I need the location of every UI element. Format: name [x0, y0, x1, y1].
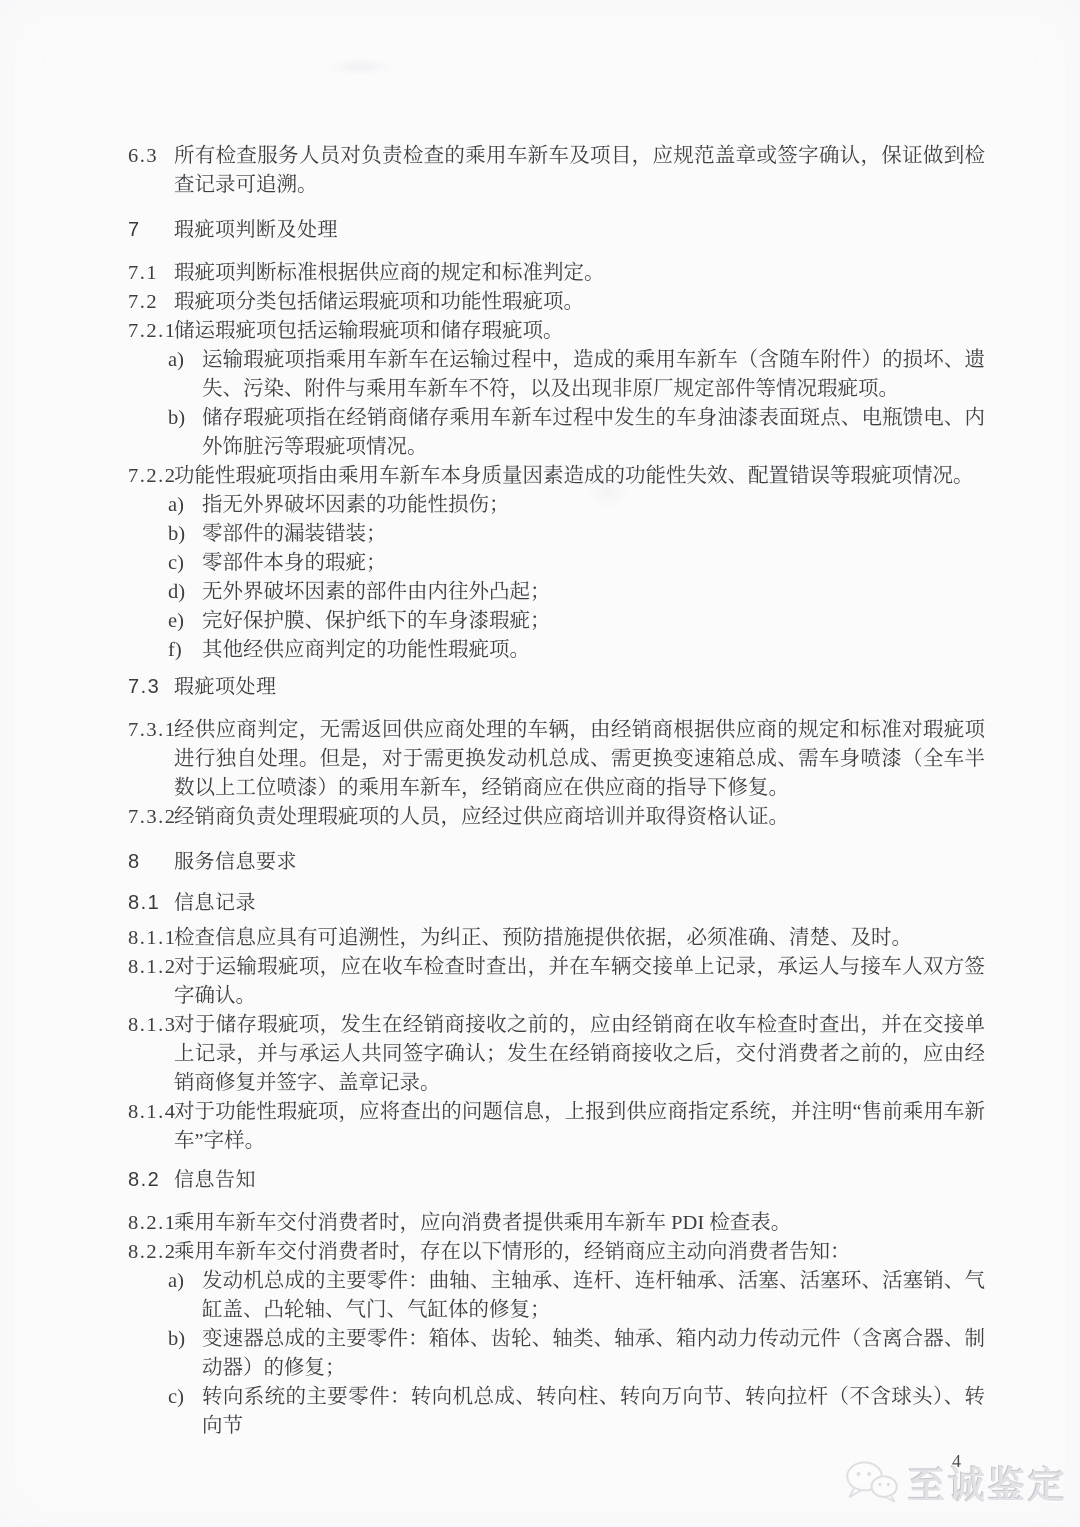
heading-number: 8.1 — [128, 889, 174, 918]
clause-text: 对于运输瑕疵项，应在收车检查时查出，并在车辆交接单上记录，承运人与接车人双方签字… — [174, 953, 985, 1011]
list-marker: a) — [168, 491, 202, 520]
clause-7-1: 7.1 瑕疵项判断标准根据供应商的规定和标准判定。 — [128, 259, 985, 288]
list-text: 其他经供应商判定的功能性瑕疵项。 — [202, 636, 985, 665]
clause-text: 经供应商判定，无需返回供应商处理的车辆，由经销商根据供应商的规定和标准对瑕疵项进… — [174, 716, 985, 803]
clause-text: 所有检查服务人员对负责检查的乘用车新车及项目，应规范盖章或签字确认，保证做到检查… — [174, 142, 985, 200]
clause-text: 功能性瑕疵项指由乘用车新车本身质量因素造成的功能性失效、配置错误等瑕疵项情况。 — [174, 462, 985, 491]
list-item-a: a) 发动机总成的主要零件：曲轴、主轴承、连杆、连杆轴承、活塞、活塞环、活塞销、… — [128, 1267, 985, 1325]
list-text: 零部件的漏装错装； — [202, 520, 985, 549]
list-text: 指无外界破坏因素的功能性损伤； — [202, 491, 985, 520]
list-marker: a) — [168, 1267, 202, 1325]
clause-7-2-1: 7.2.1 储运瑕疵项包括运输瑕疵项和储存瑕疵项。 — [128, 317, 985, 346]
clause-text: 对于功能性瑕疵项，应将查出的问题信息，上报到供应商指定系统，并注明“售前乘用车新… — [174, 1098, 985, 1156]
list-item-a: a) 指无外界破坏因素的功能性损伤； — [128, 491, 985, 520]
heading-8-1: 8.1 信息记录 — [128, 889, 985, 918]
clause-number: 7.2.2 — [128, 462, 174, 491]
clause-number: 8.1.1 — [128, 924, 174, 953]
clause-text: 检查信息应具有可追溯性，为纠正、预防措施提供依据，必须准确、清楚、及时。 — [174, 924, 985, 953]
list-text: 无外界破坏因素的部件由内往外凸起； — [202, 578, 985, 607]
heading-number: 8 — [128, 848, 174, 877]
heading-7: 7 瑕疵项判断及处理 — [128, 216, 985, 245]
list-marker: c) — [168, 549, 202, 578]
clause-8-1-3: 8.1.3 对于储存瑕疵项，发生在经销商接收之前的，应由经销商在收车检查时查出，… — [128, 1011, 985, 1098]
clause-number: 8.2.1 — [128, 1209, 174, 1238]
list-marker: f) — [168, 636, 202, 665]
list-item-b: b) 变速器总成的主要零件：箱体、齿轮、轴类、轴承、箱内动力传动元件（含离合器、… — [128, 1325, 985, 1383]
heading-number: 8.2 — [128, 1166, 174, 1195]
clause-number: 6.3 — [128, 142, 174, 200]
clause-number: 7.2.1 — [128, 317, 174, 346]
heading-7-3: 7.3 瑕疵项处理 — [128, 673, 985, 702]
clause-text: 瑕疵项判断标准根据供应商的规定和标准判定。 — [174, 259, 985, 288]
clause-number: 7.1 — [128, 259, 174, 288]
list-item-f: f) 其他经供应商判定的功能性瑕疵项。 — [128, 636, 985, 665]
heading-8-2: 8.2 信息告知 — [128, 1166, 985, 1195]
clause-8-2-1: 8.2.1 乘用车新车交付消费者时，应向消费者提供乘用车新车 PDI 检查表。 — [128, 1209, 985, 1238]
clause-number: 7.2 — [128, 288, 174, 317]
document-page: 6.3 所有检查服务人员对负责检查的乘用车新车及项目，应规范盖章或签字确认，保证… — [0, 0, 1080, 1527]
heading-text: 服务信息要求 — [174, 848, 985, 877]
list-item-a: a) 运输瑕疵项指乘用车新车在运输过程中，造成的乘用车新车（含随车附件）的损坏、… — [128, 346, 985, 404]
list-text: 零部件本身的瑕疵； — [202, 549, 985, 578]
wechat-icon — [844, 1458, 900, 1506]
list-marker: b) — [168, 520, 202, 549]
list-item-c: c) 转向系统的主要零件：转向机总成、转向柱、转向万向节、转向拉杆（不含球头）、… — [128, 1383, 985, 1441]
list-marker: b) — [168, 1325, 202, 1383]
clause-number: 8.1.4 — [128, 1098, 174, 1156]
heading-text: 瑕疵项处理 — [174, 673, 985, 702]
list-text: 变速器总成的主要零件：箱体、齿轮、轴类、轴承、箱内动力传动元件（含离合器、制动器… — [202, 1325, 985, 1383]
clause-7-2: 7.2 瑕疵项分类包括储运瑕疵项和功能性瑕疵项。 — [128, 288, 985, 317]
list-item-d: d) 无外界破坏因素的部件由内往外凸起； — [128, 578, 985, 607]
clause-7-3-2: 7.3.2 经销商负责处理瑕疵项的人员，应经过供应商培训并取得资格认证。 — [128, 803, 985, 832]
heading-8: 8 服务信息要求 — [128, 848, 985, 877]
clause-number: 8.1.2 — [128, 953, 174, 1011]
clause-text: 经销商负责处理瑕疵项的人员，应经过供应商培训并取得资格认证。 — [174, 803, 985, 832]
clause-number: 8.1.3 — [128, 1011, 174, 1098]
clause-6-3: 6.3 所有检查服务人员对负责检查的乘用车新车及项目，应规范盖章或签字确认，保证… — [128, 142, 985, 200]
clause-number: 7.3.2 — [128, 803, 174, 832]
clause-text: 储运瑕疵项包括运输瑕疵项和储存瑕疵项。 — [174, 317, 985, 346]
list-text: 完好保护膜、保护纸下的车身漆瑕疵； — [202, 607, 985, 636]
clause-number: 7.3.1 — [128, 716, 174, 803]
list-text: 运输瑕疵项指乘用车新车在运输过程中，造成的乘用车新车（含随车附件）的损坏、遗失、… — [202, 346, 985, 404]
clause-8-1-4: 8.1.4 对于功能性瑕疵项，应将查出的问题信息，上报到供应商指定系统，并注明“… — [128, 1098, 985, 1156]
clause-text: 乘用车新车交付消费者时，存在以下情形的，经销商应主动向消费者告知： — [174, 1238, 985, 1267]
document-body: 6.3 所有检查服务人员对负责检查的乘用车新车及项目，应规范盖章或签字确认，保证… — [0, 0, 1080, 1472]
list-marker: e) — [168, 607, 202, 636]
watermark-text: 至诚鉴定 — [908, 1455, 1068, 1509]
list-text: 储存瑕疵项指在经销商储存乘用车新车过程中发生的车身油漆表面斑点、电瓶馈电、内外饰… — [202, 404, 985, 462]
clause-7-3-1: 7.3.1 经供应商判定，无需返回供应商处理的车辆，由经销商根据供应商的规定和标… — [128, 716, 985, 803]
list-item-b: b) 零部件的漏装错装； — [128, 520, 985, 549]
clause-8-2-2: 8.2.2 乘用车新车交付消费者时，存在以下情形的，经销商应主动向消费者告知： — [128, 1238, 985, 1267]
clause-text: 对于储存瑕疵项，发生在经销商接收之前的，应由经销商在收车检查时查出，并在交接单上… — [174, 1011, 985, 1098]
list-marker: b) — [168, 404, 202, 462]
clause-text: 瑕疵项分类包括储运瑕疵项和功能性瑕疵项。 — [174, 288, 985, 317]
list-marker: a) — [168, 346, 202, 404]
heading-text: 信息告知 — [174, 1166, 985, 1195]
heading-number: 7 — [128, 216, 174, 245]
list-marker: c) — [168, 1383, 202, 1441]
watermark: 至诚鉴定 — [844, 1455, 1068, 1509]
clause-8-1-2: 8.1.2 对于运输瑕疵项，应在收车检查时查出，并在车辆交接单上记录，承运人与接… — [128, 953, 985, 1011]
clause-text: 乘用车新车交付消费者时，应向消费者提供乘用车新车 PDI 检查表。 — [174, 1209, 985, 1238]
list-marker: d) — [168, 578, 202, 607]
heading-text: 信息记录 — [174, 889, 985, 918]
heading-text: 瑕疵项判断及处理 — [174, 216, 985, 245]
clause-number: 8.2.2 — [128, 1238, 174, 1267]
list-item-e: e) 完好保护膜、保护纸下的车身漆瑕疵； — [128, 607, 985, 636]
list-text: 发动机总成的主要零件：曲轴、主轴承、连杆、连杆轴承、活塞、活塞环、活塞销、气缸盖… — [202, 1267, 985, 1325]
heading-number: 7.3 — [128, 673, 174, 702]
clause-7-2-2: 7.2.2 功能性瑕疵项指由乘用车新车本身质量因素造成的功能性失效、配置错误等瑕… — [128, 462, 985, 491]
list-item-c: c) 零部件本身的瑕疵； — [128, 549, 985, 578]
list-text: 转向系统的主要零件：转向机总成、转向柱、转向万向节、转向拉杆（不含球头）、转向节 — [202, 1383, 985, 1441]
clause-8-1-1: 8.1.1 检查信息应具有可追溯性，为纠正、预防措施提供依据，必须准确、清楚、及… — [128, 924, 985, 953]
list-item-b: b) 储存瑕疵项指在经销商储存乘用车新车过程中发生的车身油漆表面斑点、电瓶馈电、… — [128, 404, 985, 462]
